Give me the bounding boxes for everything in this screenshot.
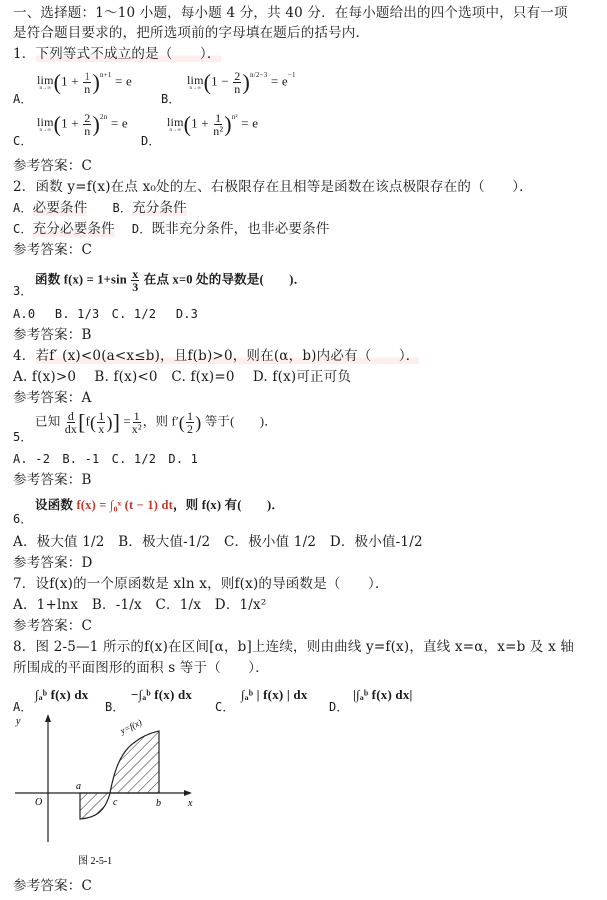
question-2-stem: 2．函数 y=f(x)在点 x₀处的左、右极限存在且相等是函数在该点极限存在的（… bbox=[13, 178, 533, 196]
option-a-formula: limn→∞(1 + 1n)n+1 = e bbox=[37, 70, 132, 95]
option-label: D． bbox=[329, 698, 349, 716]
question-8-stem-line2: 所围成的平面图形的面积 s 等于（ ）． bbox=[13, 659, 269, 677]
question-2-options-ab: A．必要条件 B．充分条件 bbox=[13, 199, 187, 217]
question-number: 6． bbox=[13, 510, 33, 528]
question-text: 设f(x)的一个原函数是 xln x，则f(x)的导函数是（ ）． bbox=[36, 576, 389, 592]
stem-suffix: 等于( )． bbox=[205, 414, 277, 428]
stem-prefix: 设函数 bbox=[35, 498, 73, 512]
question-6-formula: 设函数 f(x) = ∫₀ˣ (t − 1) dt，则 f(x) 有( )． bbox=[35, 496, 284, 514]
origin-label: O bbox=[35, 797, 42, 808]
stem-prefix: 已知 bbox=[35, 414, 60, 428]
option-c-formula: ∫ₐᵇ | f(x) | dx bbox=[241, 686, 308, 704]
stem-suffix: 在点 x=0 处的导数是( )． bbox=[144, 272, 307, 286]
section-header-line1: 一、选择题：1～10 小题，每小题 4 分，共 40 分．在每小题给出的四个选项… bbox=[13, 4, 568, 22]
section-header-line2: 是符合题目要求的，把所选项前的字母填在题后的括号内． bbox=[13, 24, 369, 42]
option-label: C． bbox=[13, 222, 33, 236]
question-6-answer: 参考答案：D bbox=[13, 554, 93, 572]
option-label: D． bbox=[132, 222, 152, 236]
question-7-stem: 7．设f(x)的一个原函数是 xln x，则f(x)的导函数是（ ）． bbox=[13, 575, 389, 593]
question-text: 图 2-5—1 所示的f(x)在区间[α，b]上连续，则由曲线 y=f(x)，直… bbox=[36, 639, 575, 655]
question-number: 7． bbox=[13, 576, 36, 592]
question-7-answer: 参考答案：C bbox=[13, 617, 92, 635]
question-3-options: A.0 B. 1/3 C. 1/2 D.3 bbox=[13, 305, 198, 323]
option-label: B． bbox=[112, 201, 132, 215]
figure-caption: 图 2-5-1 bbox=[78, 855, 112, 867]
option-label: A． bbox=[13, 201, 33, 215]
option-a-formula: ∫ₐᵇ f(x) dx bbox=[35, 686, 89, 704]
option-label: C． bbox=[215, 698, 235, 716]
option-d-text: 既非充分条件，也非必要条件 bbox=[151, 221, 329, 237]
point-c-label: c bbox=[113, 797, 118, 808]
question-8-answer: 参考答案：C bbox=[13, 877, 92, 895]
question-number: 1． bbox=[13, 46, 36, 62]
question-7-options: A．1+lnx B．-1/x C．1/x D．1/x² bbox=[13, 596, 266, 614]
option-label: D． bbox=[141, 132, 161, 150]
option-c-formula: limn→∞(1 + 2n)2n = e bbox=[37, 112, 128, 137]
question-4-options: A. f(x)>0 B. f(x)<0 C. f(x)=0 D. f(x)可正可… bbox=[13, 368, 351, 386]
exam-page: 一、选择题：1～10 小题，每小题 4 分，共 40 分．在每小题给出的四个选项… bbox=[0, 0, 607, 900]
option-a-text: 必要条件 bbox=[33, 200, 88, 216]
option-b-text: 充分条件 bbox=[132, 200, 187, 216]
axis-x-label: x bbox=[187, 798, 193, 809]
question-number: 3． bbox=[13, 282, 33, 300]
question-6-options: A．极大值 1/2 B．极大值-1/2 C．极小值 1/2 D．极小值-1/2 bbox=[13, 533, 423, 551]
question-5-answer: 参考答案：B bbox=[13, 471, 92, 489]
stem-mid: = bbox=[124, 414, 131, 428]
question-5-options: A. -2 B. -1 C. 1/2 D. 1 bbox=[13, 450, 198, 468]
question-number: 5． bbox=[13, 428, 33, 446]
stem-prefix: 函数 f(x) = 1+sin bbox=[35, 272, 127, 286]
question-2-options-cd: C．充分必要条件 D．既非充分条件，也非必要条件 bbox=[13, 220, 330, 238]
question-1-stem: 1．下列等式不成立的是（ ）． bbox=[13, 45, 221, 63]
question-3-formula: 函数 f(x) = 1+sin x3 在点 x=0 处的导数是( )． bbox=[35, 268, 306, 293]
point-b-label: b bbox=[156, 798, 161, 809]
option-label: C． bbox=[13, 132, 33, 150]
question-text: 若f′ (x)<0(a<x≤b)，且f(b)>0，则在(α，b)内必有（ ）． bbox=[36, 348, 420, 364]
stem-suffix: ，则 f(x) 有( )． bbox=[173, 498, 284, 512]
question-3-answer: 参考答案：B bbox=[13, 326, 92, 344]
integral-formula: f(x) = ∫₀ˣ (t − 1) dt bbox=[76, 498, 173, 512]
option-b-formula: −∫ₐᵇ f(x) dx bbox=[131, 686, 192, 704]
question-text: 下列等式不成立的是（ ）． bbox=[36, 46, 221, 62]
question-4-answer: 参考答案：A bbox=[13, 389, 91, 407]
question-8-stem-line1: 8．图 2-5—1 所示的f(x)在区间[α，b]上连续，则由曲线 y=f(x)… bbox=[13, 638, 574, 656]
question-2-answer: 参考答案：C bbox=[13, 241, 92, 259]
question-1-answer: 参考答案：C bbox=[13, 157, 92, 175]
stem-then: ，则 f′ bbox=[143, 414, 179, 428]
figure-2-5-1: y=f(x) y O a c b x 图 2-5-1 bbox=[10, 712, 200, 872]
option-c-text: 充分必要条件 bbox=[33, 221, 115, 237]
option-d-formula: |∫ₐᵇ f(x) dx| bbox=[353, 686, 413, 704]
curve-label: y=f(x) bbox=[118, 717, 144, 736]
question-5-formula: 已知 ddx[f(1x)] =1x²，则 f′(12) 等于( )． bbox=[35, 410, 277, 435]
option-d-formula: limn→∞(1 + 1n²)n² = e bbox=[167, 112, 258, 137]
option-label: A． bbox=[13, 90, 33, 108]
frac-den: 3 bbox=[132, 281, 138, 293]
question-4-stem: 4．若f′ (x)<0(a<x≤b)，且f(b)>0，则在(α，b)内必有（ ）… bbox=[13, 347, 419, 365]
question-text: 函数 y=f(x)在点 x₀处的左、右极限存在且相等是函数在该点极限存在的（ ）… bbox=[36, 179, 533, 195]
question-number: 4． bbox=[13, 348, 36, 364]
question-number: 2． bbox=[13, 179, 36, 195]
point-a-label: a bbox=[76, 781, 81, 792]
option-b-formula: limn→∞(1 − 2n)n/2−3 = e−1 bbox=[187, 70, 296, 95]
option-label: B． bbox=[161, 90, 181, 108]
question-number: 8． bbox=[13, 639, 36, 655]
axis-y-label: y bbox=[15, 716, 21, 727]
